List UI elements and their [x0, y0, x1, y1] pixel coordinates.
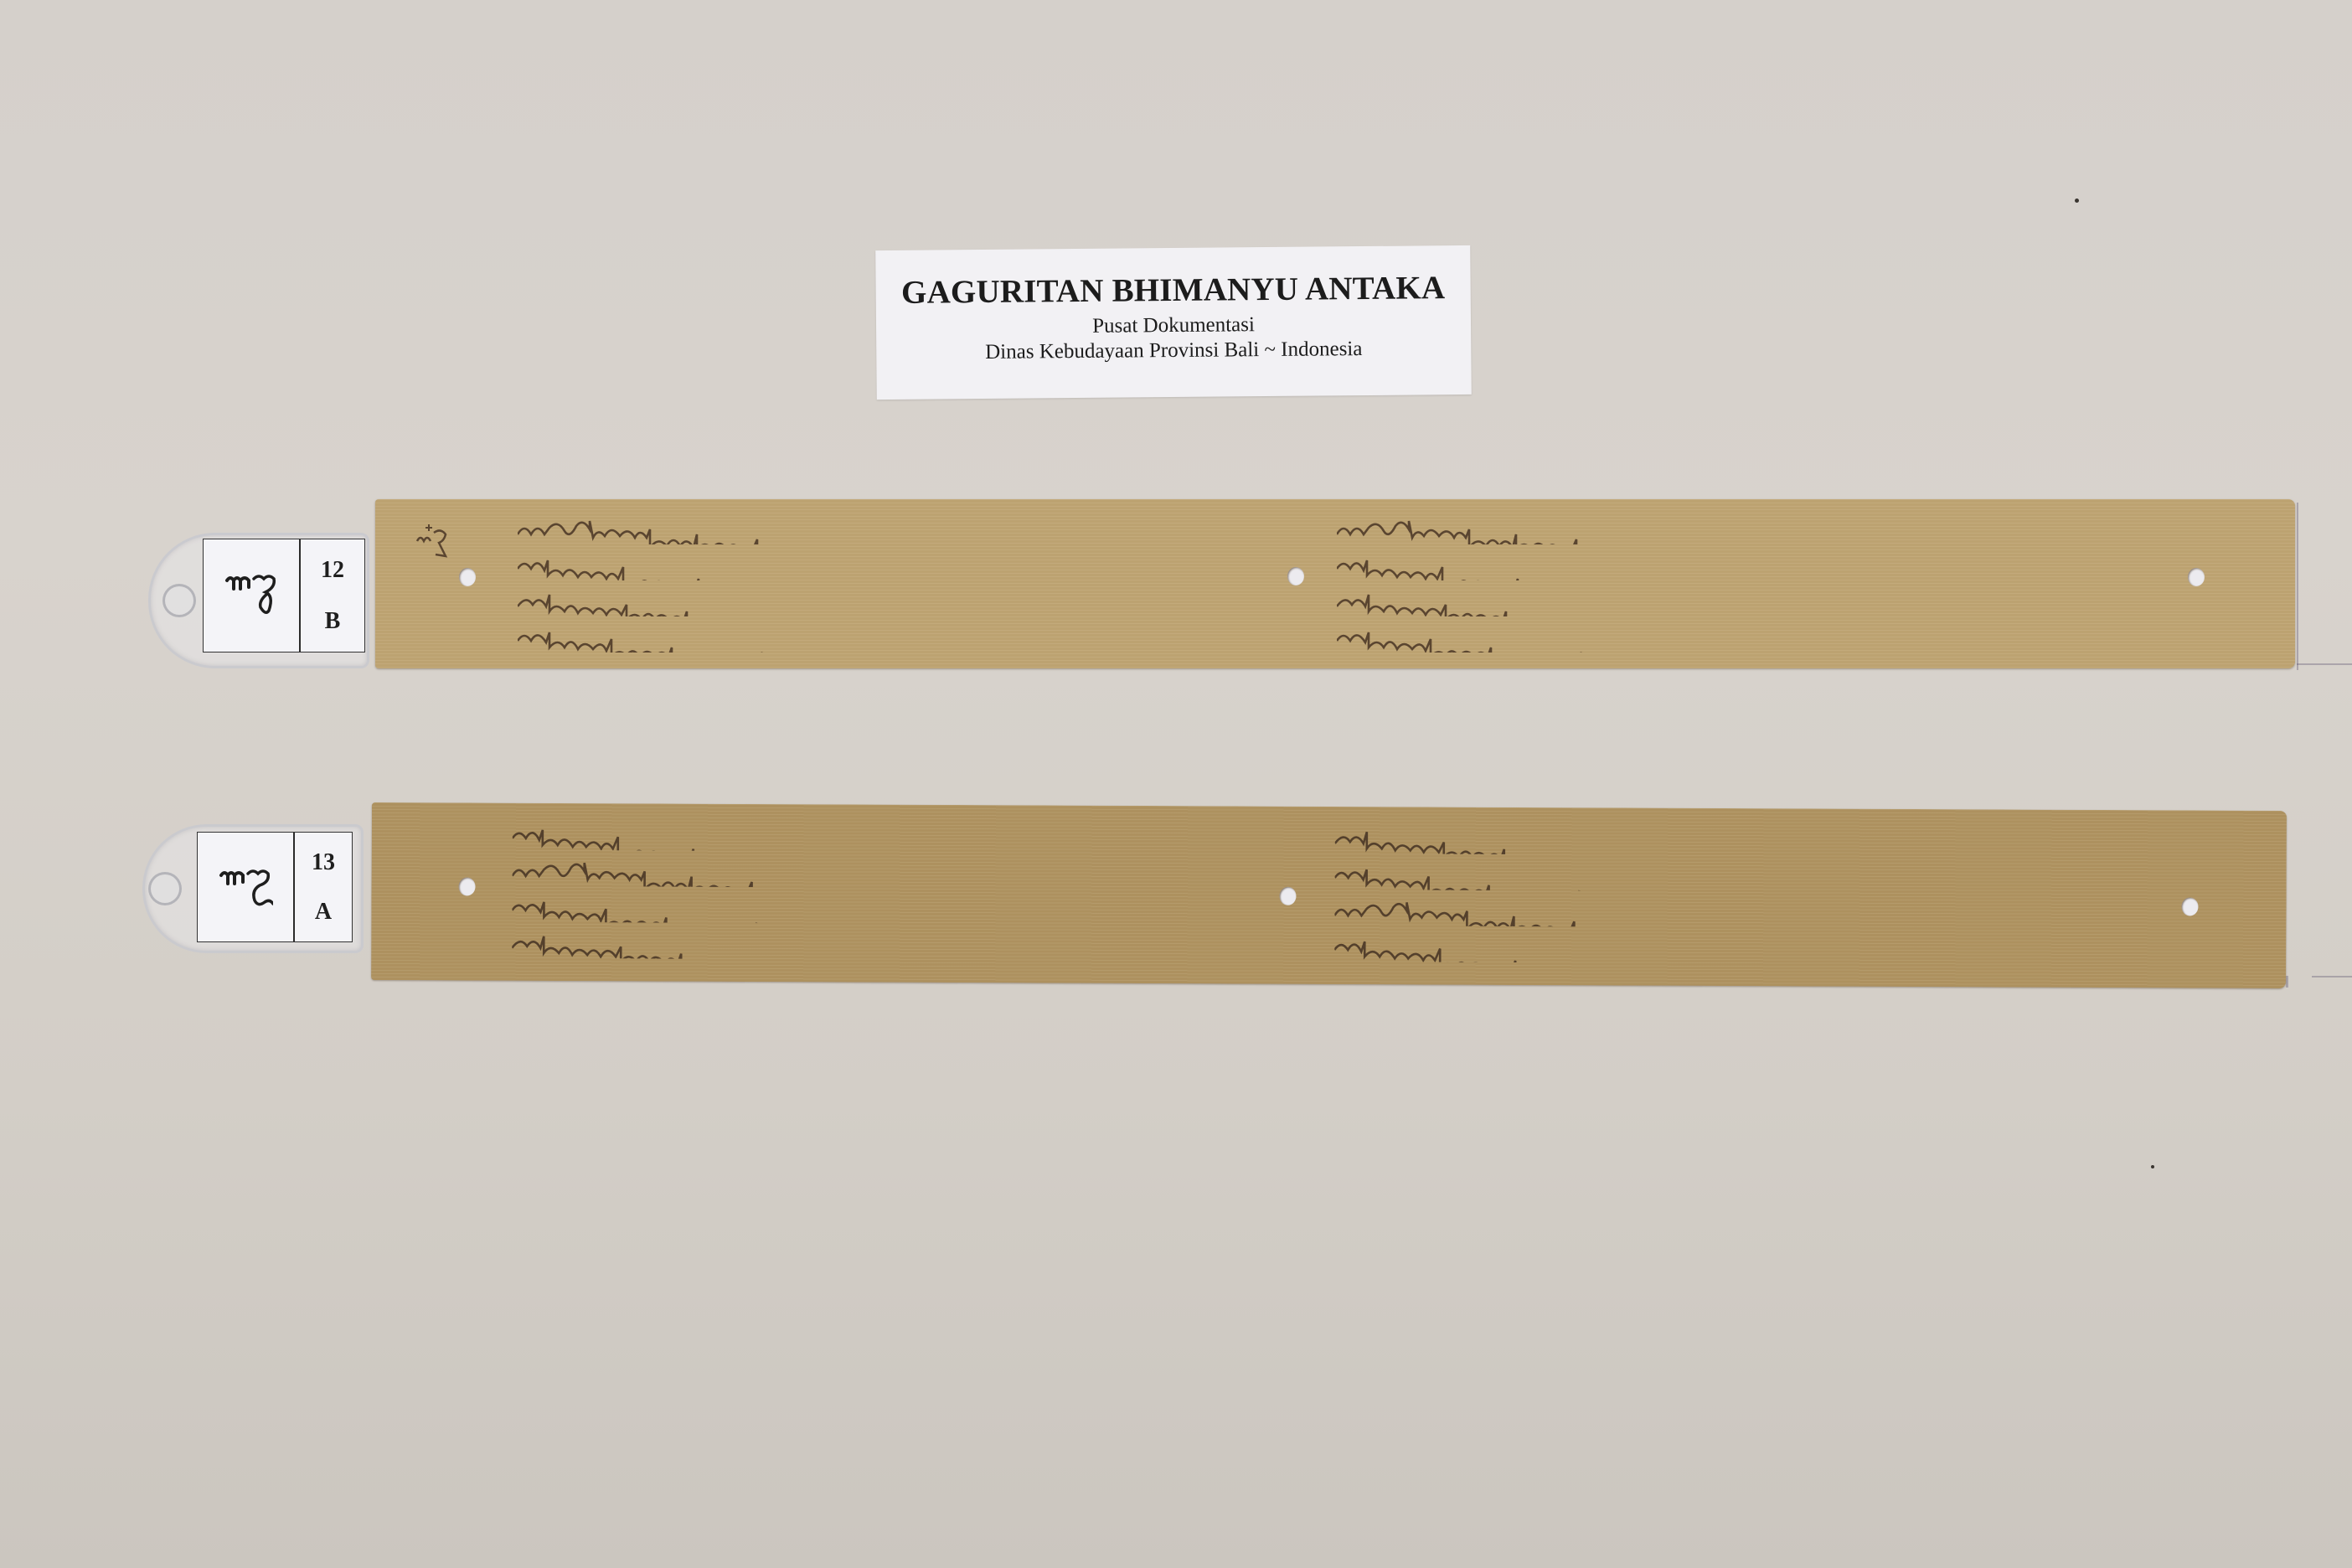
- script-line: [518, 588, 1255, 616]
- binding-hole-right: [2188, 568, 2205, 586]
- lontar-leaf-12b: [375, 499, 2295, 668]
- background-speck: [2075, 199, 2079, 203]
- script-line: [512, 930, 1232, 962]
- pencil-mark: [2297, 503, 2298, 670]
- script-line: [1335, 861, 2156, 893]
- script-line: [518, 516, 1255, 544]
- background-speck: [2151, 1165, 2154, 1168]
- balinese-numeral-cell: [198, 833, 295, 941]
- balinese-numeral-13-icon: [218, 864, 273, 910]
- institution-department: Dinas Kebudayaan Provinsi Bali ~ Indones…: [876, 337, 1471, 365]
- text-block-left: [518, 511, 1255, 662]
- leaf-margin-mark: [415, 521, 454, 566]
- pencil-mark: [2286, 976, 2288, 988]
- script-line: [513, 822, 1233, 854]
- script-line: [1337, 552, 2166, 580]
- script-line: [1334, 897, 2155, 929]
- text-block-right: [1334, 820, 2156, 977]
- binding-hole-left: [459, 568, 476, 586]
- leaf-tag-13a: 13 A: [142, 824, 364, 953]
- tag-ring-hole: [162, 584, 196, 617]
- leaf-tag-12b: 12 B: [148, 533, 369, 668]
- script-line: [1337, 624, 2166, 652]
- binding-hole-center: [1279, 887, 1296, 905]
- tag-card: 13 A: [197, 832, 353, 942]
- script-line: [1337, 516, 2166, 544]
- script-line: [518, 552, 1255, 580]
- text-block-right: [1337, 511, 2166, 662]
- binding-hole-left: [459, 877, 476, 895]
- leaf-side: A: [315, 899, 332, 926]
- script-line: [513, 858, 1233, 890]
- script-line: [1335, 825, 2156, 857]
- script-line: [518, 624, 1255, 652]
- script-line: [1337, 588, 2166, 616]
- binding-hole-right: [2181, 897, 2198, 916]
- leaf-number-cell: 12 B: [301, 539, 364, 652]
- lontar-leaf-13a: [371, 802, 2287, 988]
- pencil-mark: [2312, 976, 2352, 977]
- balinese-numeral-cell: [204, 539, 301, 652]
- leaf-side: B: [325, 608, 341, 635]
- binding-hole-center: [1287, 567, 1304, 585]
- pencil-mark: [2297, 663, 2352, 665]
- script-line: [1334, 933, 2155, 965]
- tag-card: 12 B: [203, 539, 365, 652]
- text-block-left: [512, 817, 1233, 974]
- balinese-numeral-12-icon: [224, 572, 279, 619]
- manuscript-title-label: GAGURITAN BHIMANYU ANTAKA Pusat Dokument…: [875, 245, 1472, 400]
- leaf-number: 13: [312, 849, 335, 876]
- leaf-number-cell: 13 A: [295, 833, 352, 941]
- tag-ring-hole: [148, 872, 182, 905]
- manuscript-title: GAGURITAN BHIMANYU ANTAKA: [875, 269, 1470, 312]
- script-line: [512, 894, 1232, 926]
- leaf-number: 12: [321, 557, 344, 584]
- institution-name: Pusat Dokumentasi: [876, 312, 1471, 340]
